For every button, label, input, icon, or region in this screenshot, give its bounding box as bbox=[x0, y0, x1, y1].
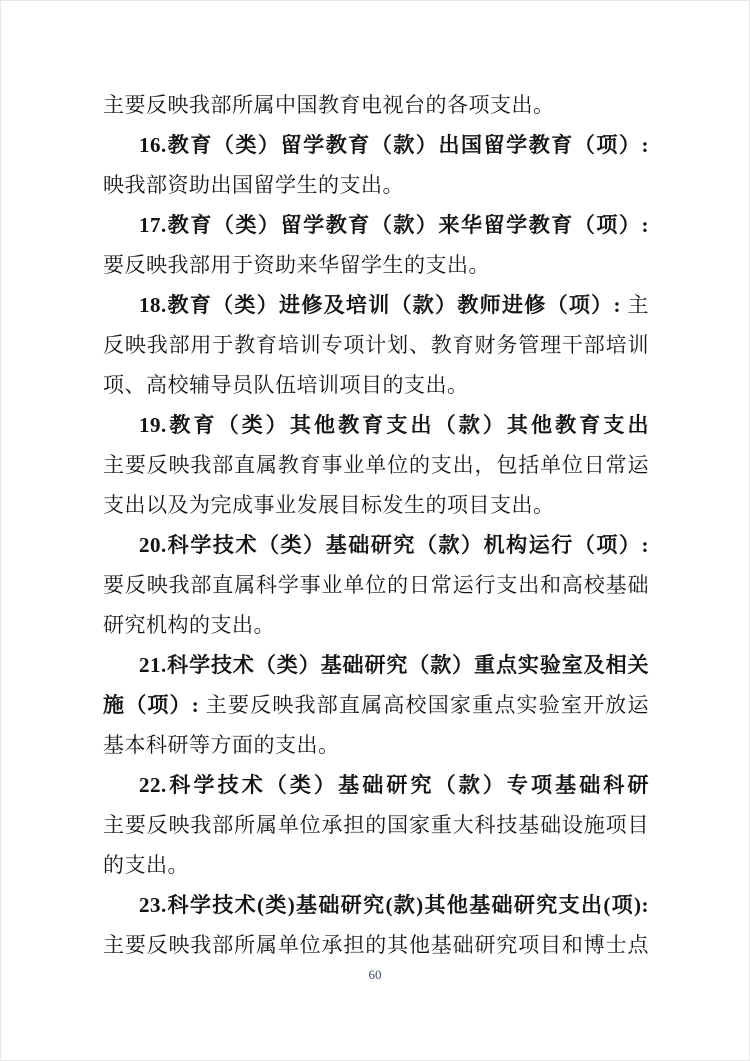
text-line: 16.教育（类）留学教育（款）出国留学教育（项）: 反 bbox=[103, 125, 649, 165]
body-segment: 基本科研等方面的支出。 bbox=[103, 733, 340, 757]
text-line: 17.教育（类）留学教育（款）来华留学教育（项）: 主 bbox=[103, 205, 649, 245]
text-line: 18.教育（类）进修及培训（款）教师进修（项）: 主要 bbox=[103, 285, 649, 325]
text-line: 22.科学技术（类）基础研究（款）专项基础科研（项）: bbox=[103, 765, 649, 805]
document-page: 主要反映我部所属中国教育电视台的各项支出。16.教育（类）留学教育（款）出国留学… bbox=[0, 0, 750, 1061]
body-segment: 项、高校辅导员队伍培训项目的支出。 bbox=[103, 373, 469, 397]
heading-segment: 23.科学技术(类)基础研究(款)其他基础研究支出(项): bbox=[139, 893, 649, 917]
text-line: 20.科学技术（类）基础研究（款）机构运行（项）: 主 bbox=[103, 525, 649, 565]
heading-segment: 22.科学技术（类）基础研究（款）专项基础科研（项）: bbox=[103, 773, 649, 805]
heading-segment: 施（项）: bbox=[103, 693, 199, 717]
text-line: 主要反映我部所属中国教育电视台的各项支出。 bbox=[103, 85, 649, 125]
text-line: 研究机构的支出。 bbox=[103, 605, 649, 645]
heading-segment: 21.科学技术（类）基础研究（款）重点实验室及相关设 bbox=[103, 653, 649, 685]
body-segment: 主要反映我部所属中国教育电视台的各项支出。 bbox=[103, 93, 555, 117]
body-segment: 要反映我部直属科学事业单位的日常运行支出和高校基础 bbox=[103, 573, 649, 597]
body-segment: 映我部资助出国留学生的支出。 bbox=[103, 173, 404, 197]
text-line: 21.科学技术（类）基础研究（款）重点实验室及相关设 bbox=[103, 645, 649, 685]
text-line: 映我部资助出国留学生的支出。 bbox=[103, 165, 649, 205]
heading-segment: 18.教育（类）进修及培训（款）教师进修（项）: bbox=[139, 293, 621, 317]
text-line: 主要反映我部所属单位承担的国家重大科技基础设施项目 bbox=[103, 805, 649, 845]
text-line: 主要反映我部所属单位承担的其他基础研究项目和博士点 bbox=[103, 925, 649, 965]
text-line: 要反映我部用于资助来华留学生的支出。 bbox=[103, 245, 649, 285]
body-segment: 研究机构的支出。 bbox=[103, 613, 275, 637]
text-line: 23.科学技术(类)基础研究(款)其他基础研究支出(项): bbox=[103, 885, 649, 925]
text-line: 的支出。 bbox=[103, 845, 649, 885]
text-line: 主要反映我部直属教育事业单位的支出，包括单位日常运行 bbox=[103, 445, 649, 485]
body-segment: 支出以及为完成事业发展目标发生的项目支出。 bbox=[103, 493, 555, 517]
heading-segment: 16.教育（类）留学教育（款）出国留学教育（项）: bbox=[139, 133, 649, 157]
page-number: 60 bbox=[0, 964, 750, 986]
text-content: 主要反映我部所属中国教育电视台的各项支出。16.教育（类）留学教育（款）出国留学… bbox=[103, 85, 649, 965]
body-segment: 反映我部用于教育培训专项计划、教育财务管理干部培训专 bbox=[103, 333, 649, 365]
body-segment: 主要反映我部所属单位承担的其他基础研究项目和博士点 bbox=[103, 933, 649, 957]
text-line: 支出以及为完成事业发展目标发生的项目支出。 bbox=[103, 485, 649, 525]
text-line: 施（项）: 主要反映我部直属高校国家重点实验室开放运行、 bbox=[103, 685, 649, 725]
text-line: 反映我部用于教育培训专项计划、教育财务管理干部培训专 bbox=[103, 325, 649, 365]
text-line: 基本科研等方面的支出。 bbox=[103, 725, 649, 765]
heading-segment: 17.教育（类）留学教育（款）来华留学教育（项）: bbox=[139, 213, 649, 237]
text-line: 项、高校辅导员队伍培训项目的支出。 bbox=[103, 365, 649, 405]
body-segment: 主要反映我部直属教育事业单位的支出，包括单位日常运行 bbox=[103, 453, 649, 485]
body-segment: 主要反映我部所属单位承担的国家重大科技基础设施项目 bbox=[103, 813, 649, 837]
text-line: 要反映我部直属科学事业单位的日常运行支出和高校基础 bbox=[103, 565, 649, 605]
text-line: 19.教育（类）其他教育支出（款）其他教育支出（项）: bbox=[103, 405, 649, 445]
body-segment: 的支出。 bbox=[103, 853, 189, 877]
body-segment: 要反映我部用于资助来华留学生的支出。 bbox=[103, 253, 490, 277]
heading-segment: 20.科学技术（类）基础研究（款）机构运行（项）: bbox=[139, 533, 649, 557]
heading-segment: 19.教育（类）其他教育支出（款）其他教育支出（项）: bbox=[103, 413, 649, 445]
